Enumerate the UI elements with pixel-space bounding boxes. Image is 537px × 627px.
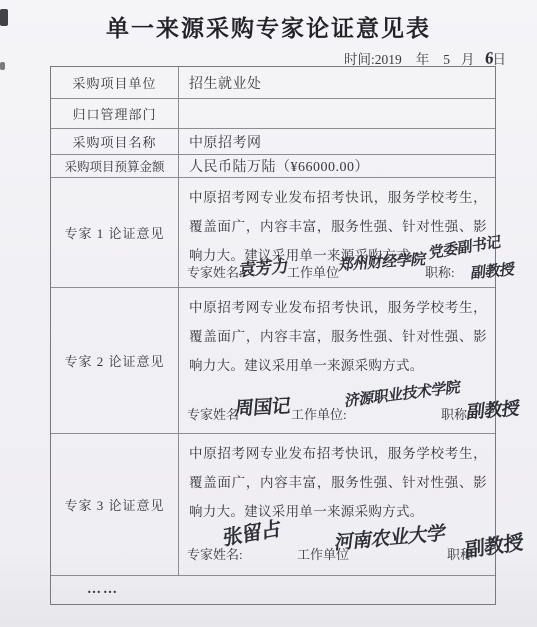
expert-unit-label: 工作单位 bbox=[287, 262, 339, 281]
handwritten-expert-title: 副教授 bbox=[470, 258, 515, 283]
row-label: 归口管理部门 bbox=[51, 99, 179, 128]
table-row-ellipsis: …… bbox=[51, 576, 495, 604]
row-value: 招生就业处 bbox=[179, 73, 270, 93]
table-row-budget: 采购项目预算金额 人民币陆万陆（¥66000.00） bbox=[51, 155, 495, 178]
expert-1-row: 专家 1 论证意见 中原招考网专业发布招考快讯，服务学校考生，覆盖面广，内容丰富… bbox=[51, 178, 495, 288]
expert-opinion: 中原招考网专业发布招考快讯，服务学校考生，覆盖面广，内容丰富，服务性强、针对性强… bbox=[189, 439, 487, 526]
date-prefix: 时间:2019 bbox=[344, 52, 402, 67]
handwritten-expert-title: 副教授 bbox=[466, 394, 521, 424]
expert-name-label: 专家姓名 bbox=[187, 404, 239, 423]
row-label: 专家 2 论证意见 bbox=[51, 288, 179, 433]
expert-signature-line: 专家姓名: 袁芳力 工作单位 郑州财经学院 职称: 党委副书记 副教授 bbox=[179, 259, 537, 283]
expert-title-label: 职称: bbox=[425, 262, 455, 281]
form-title: 单一来源采购专家论证意见表 bbox=[0, 10, 537, 43]
row-value: 中原招考网 bbox=[179, 132, 270, 152]
table-row-managing-dept: 归口管理部门 bbox=[51, 99, 495, 129]
date-day-label: 日 bbox=[493, 52, 507, 67]
expert-signature-line: 专家姓名: 张留占 工作单位 河南农业大学 职称 副教授 bbox=[179, 541, 537, 565]
expert-name-label: 专家姓名: bbox=[187, 262, 243, 281]
scanned-form-page: 单一来源采购专家论证意见表 时间:2019年5月6日 采购项目单位 招生就业处 … bbox=[0, 0, 537, 627]
row-label: 专家 1 论证意见 bbox=[51, 178, 179, 287]
row-label: 采购项目预算金额 bbox=[51, 155, 179, 177]
form-table: 采购项目单位 招生就业处 归口管理部门 采购项目名称 中原招考网 采购项目预算金… bbox=[50, 66, 496, 605]
expert-3-row: 专家 3 论证意见 中原招考网专业发布招考快讯，服务学校考生，覆盖面广，内容丰富… bbox=[51, 434, 495, 576]
date-year-label: 年 bbox=[416, 48, 430, 68]
expert-opinion: 中原招考网专业发布招考快讯，服务学校考生，覆盖面广，内容丰富，服务性强、针对性强… bbox=[189, 293, 487, 380]
footer-ellipsis: …… bbox=[51, 582, 119, 598]
row-label: 采购项目单位 bbox=[51, 67, 179, 98]
row-value: 人民币陆万陆（¥66000.00） bbox=[179, 156, 377, 176]
table-row-project-unit: 采购项目单位 招生就业处 bbox=[51, 67, 495, 99]
scan-artifact bbox=[0, 62, 5, 70]
expert-unit-label: 工作单位: bbox=[291, 404, 347, 423]
table-row-project-name: 采购项目名称 中原招考网 bbox=[51, 129, 495, 155]
handwritten-expert-name: 周国记 bbox=[234, 391, 292, 421]
row-label: 专家 3 论证意见 bbox=[51, 434, 179, 575]
handwritten-expert-name: 袁芳力 bbox=[238, 252, 290, 282]
row-label: 采购项目名称 bbox=[51, 129, 179, 154]
expert-signature-line: 专家姓名 周国记 工作单位: 济源职业技术学院 职称: 副教授 bbox=[179, 401, 537, 425]
date-month-label: 月 bbox=[461, 48, 475, 68]
handwritten-expert-title: 副教授 bbox=[465, 526, 523, 563]
expert-2-row: 专家 2 论证意见 中原招考网专业发布招考快讯，服务学校考生，覆盖面广，内容丰富… bbox=[51, 288, 495, 434]
